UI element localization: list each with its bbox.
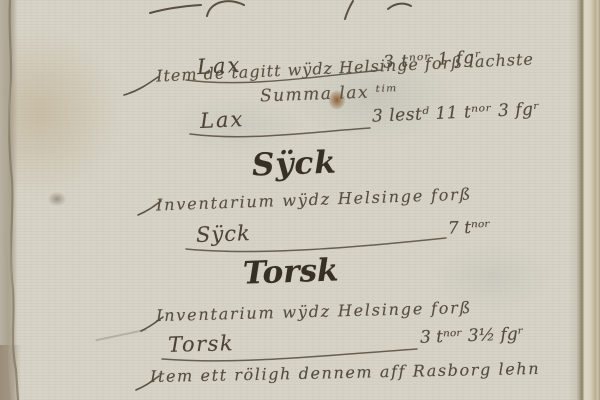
summa-line: Summa lax ᵗⁱᵐ <box>260 82 399 107</box>
inventarium-line-1: Inventarium wÿdz Helsinge forß <box>156 184 473 214</box>
top-line-flourish-fragments <box>150 1 411 19</box>
entry-lax-2-label: Lax <box>199 107 244 133</box>
entry-syck-value: 7 tⁿᵒʳ <box>448 217 491 238</box>
faint-pencil-mark <box>95 329 146 342</box>
entry-syck-label: Sÿck <box>196 221 252 247</box>
entry-lax-2-value: 3 lestᵈ 11 tⁿᵒʳ 3 fgʳ <box>372 99 541 126</box>
paper-spot-left-margin <box>48 192 66 206</box>
torn-page-edge-left <box>0 0 18 400</box>
paper-stain-topleft <box>0 25 125 200</box>
section-header-syck: Sÿck <box>251 145 337 184</box>
book-fold-edge-right <box>568 0 600 400</box>
entry-torsk-value: 3 tⁿᵒʳ 3½ fgʳ <box>420 324 524 348</box>
torn-page-edge-left-bottom <box>0 345 24 400</box>
entry-torsk-label: Torsk <box>168 331 235 357</box>
inventarium-line-2: Inventarium wÿdz Helsinge forß <box>156 298 472 325</box>
entry-lax-1-label: Lax <box>196 53 242 79</box>
section-header-torsk: Torsk <box>242 252 339 291</box>
manuscript-page: Item de tagitt wÿdz Helsinge forß lachst… <box>0 0 600 400</box>
line-lead-in-flourishes <box>124 77 163 390</box>
handwritten-line-item-bottom: Item ett röligh dennem aff Rasborg lehn <box>150 359 540 386</box>
